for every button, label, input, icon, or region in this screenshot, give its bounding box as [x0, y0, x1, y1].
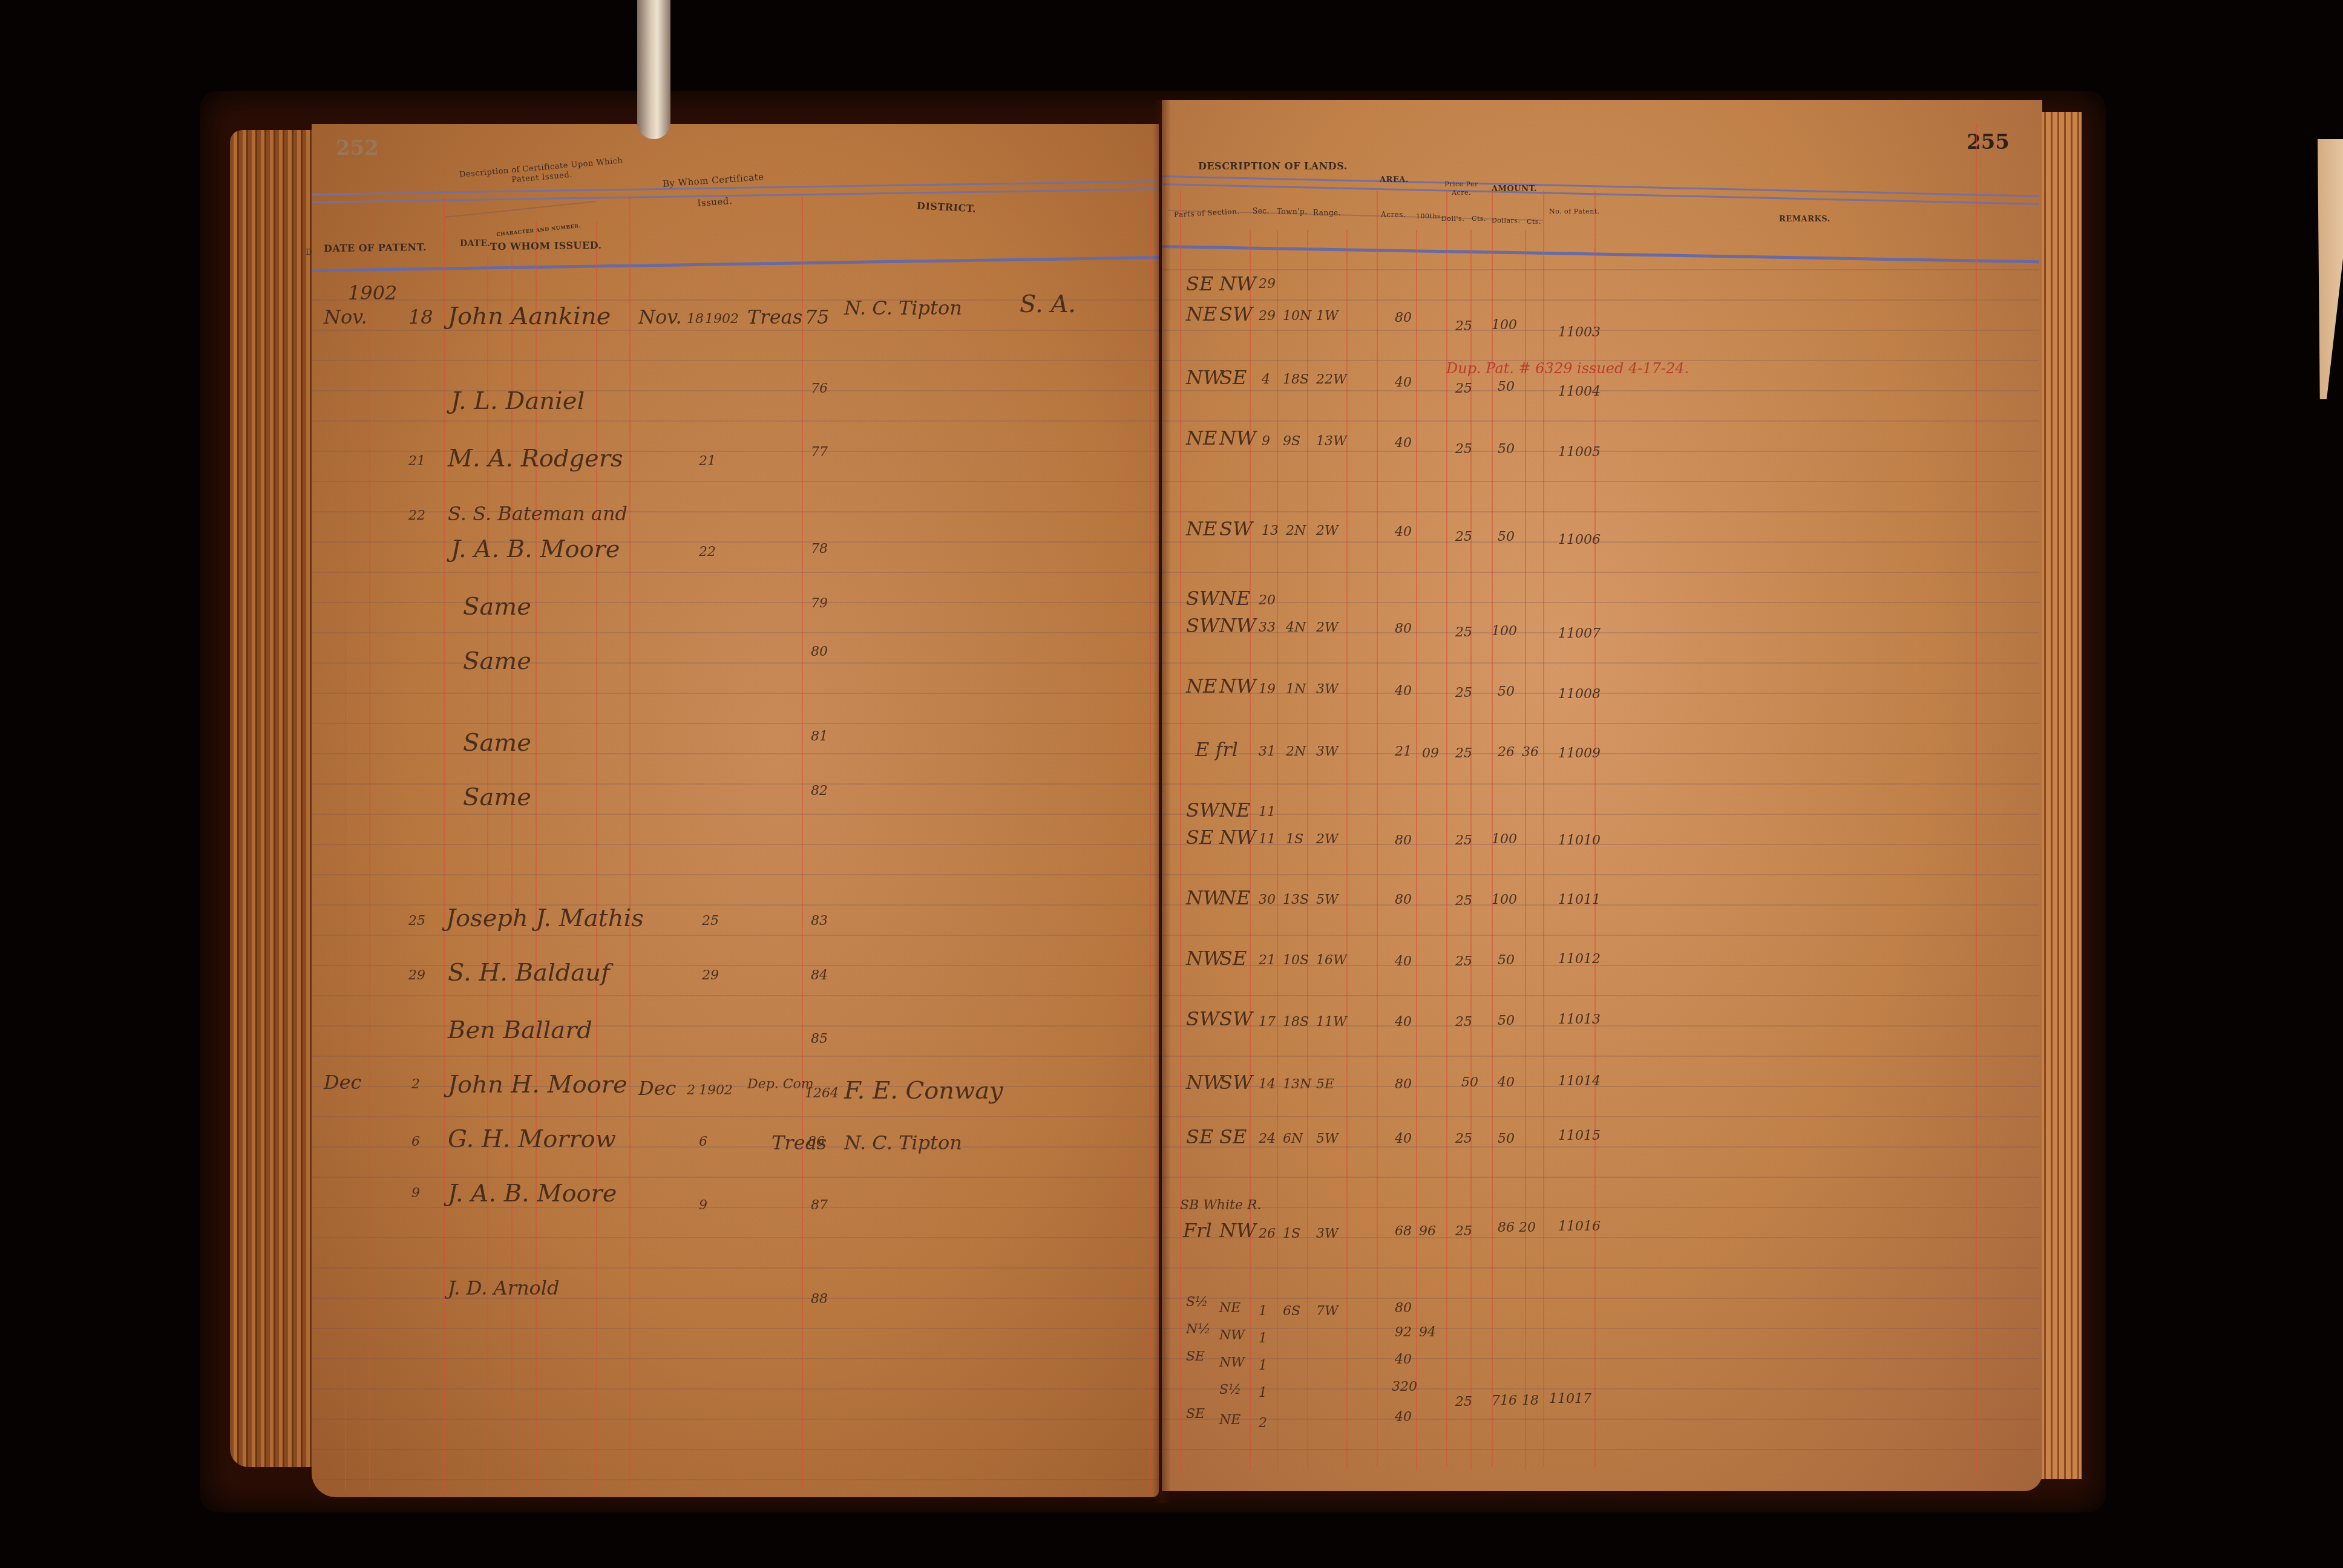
ruled-line: [1162, 360, 2039, 361]
ruled-line: [1162, 1298, 2039, 1299]
right-page: 255 DESCRIPTION OF LANDS. Parts of Secti…: [1162, 100, 2042, 1491]
ruled-line: [312, 1479, 1159, 1480]
entry-part: Frl: [1183, 1219, 1212, 1242]
entry-quarter: NW: [1219, 1355, 1245, 1370]
ruled-line: [1162, 662, 2039, 664]
entry-number: 77: [811, 445, 828, 460]
left-page-number: 252: [336, 136, 379, 160]
ruled-line: [312, 935, 1159, 936]
entry-part: SW: [1186, 614, 1219, 637]
entry-range: 5W: [1316, 1131, 1339, 1146]
entry-amount: 50: [1498, 684, 1515, 699]
entry-part-note: SB White R.: [1180, 1198, 1261, 1213]
entry-number: 84: [811, 968, 828, 983]
entry-acres: 40: [1395, 1014, 1412, 1030]
entry-amount: 100: [1492, 624, 1517, 639]
entry-patent-no: 11005: [1558, 445, 1601, 460]
entry-quarter: SW: [1219, 1071, 1253, 1094]
entry-sec: 1: [1259, 1358, 1267, 1373]
ruled-line: [312, 541, 1159, 543]
entry-number: 85: [811, 1031, 828, 1047]
ruled-line: [1162, 269, 2039, 270]
ruled-line: [1162, 874, 2039, 875]
col-rule: [1976, 124, 1977, 1473]
entry-patent-no: 11004: [1558, 384, 1601, 399]
entry-township: 1S: [1283, 1226, 1300, 1241]
header-description-of-lands: DESCRIPTION OF LANDS.: [1198, 160, 1348, 172]
ruled-line: [1162, 390, 2039, 391]
ruled-line: [312, 572, 1159, 573]
ruled-line: [312, 1358, 1159, 1359]
entry-amount: 716: [1492, 1393, 1517, 1408]
right-page-number: 255: [1967, 130, 2010, 154]
entry-red-remark: Dup. Pat. # 6329 issued 4-17-24.: [1446, 360, 1689, 377]
entry-acres: 40: [1395, 684, 1412, 699]
entry-township: 18S: [1283, 372, 1309, 387]
ruled-line: [312, 783, 1159, 785]
entry-day: 9: [411, 1186, 420, 1201]
ruled-line: [312, 1419, 1159, 1420]
entry-character: Treas: [747, 305, 802, 328]
header-price-dolls: Doll's.: [1441, 215, 1464, 223]
entry-sec: 4: [1262, 372, 1270, 387]
book-spine-gutter: [1153, 100, 1171, 1503]
ruled-line: [312, 1177, 1159, 1178]
entry-amount: 26: [1498, 745, 1515, 760]
entry-price: 50: [1461, 1075, 1478, 1090]
ruled-line: [312, 330, 1159, 331]
header-top-rule: [1162, 175, 2039, 205]
header-cert-date: DATE.: [460, 239, 491, 249]
ruled-line: [1162, 1116, 2039, 1117]
entry-township: 6N: [1283, 1131, 1303, 1146]
entry-part: SW: [1186, 587, 1219, 610]
entry-quarter: SE: [1219, 1125, 1247, 1148]
entry-sec: 14: [1259, 1077, 1276, 1092]
entry-quarter: NW: [1219, 1328, 1245, 1343]
entry-name: J. D. Arnold: [448, 1276, 560, 1299]
entry-part: SE: [1186, 826, 1213, 849]
ruled-line: [1162, 995, 2039, 996]
entry-sec: 20: [1259, 593, 1276, 608]
entry-acres: 80: [1395, 1301, 1412, 1316]
entry-patent-no: 11015: [1558, 1128, 1601, 1143]
ruled-line: [312, 481, 1159, 482]
ruled-line: [312, 1388, 1159, 1390]
entry-cert-day: 9: [699, 1198, 707, 1213]
entry-month: Nov.: [324, 305, 367, 328]
entry-day: 25: [408, 913, 425, 929]
entry-quarter: NW: [1219, 675, 1256, 697]
entry-sec: 9: [1262, 434, 1270, 449]
entry-patent-no: 11017: [1549, 1391, 1591, 1406]
ruled-line: [312, 662, 1159, 664]
entry-acres: 40: [1395, 1410, 1412, 1425]
entry-month: Dec: [324, 1071, 362, 1094]
entry-price: 25: [1455, 954, 1472, 969]
entry-quarter: NE: [1219, 886, 1250, 909]
ruled-line: [1162, 1328, 2039, 1329]
ruled-line: [312, 1025, 1159, 1027]
entry-part: SW: [1186, 1007, 1219, 1030]
entry-quarter: SW: [1219, 302, 1253, 325]
ruled-line: [312, 1449, 1159, 1450]
entry-number: 1264: [805, 1086, 839, 1101]
entry-acres: 40: [1395, 1352, 1412, 1367]
entry-quarter: NE: [1219, 799, 1250, 822]
col-rule: [1594, 191, 1596, 1467]
header-amount-dollars: Dollars.: [1492, 217, 1520, 224]
header-hundredths: 100ths.: [1416, 212, 1443, 220]
entry-quarter: SE: [1219, 366, 1247, 389]
header-bottom-rule: [1162, 245, 2039, 263]
col-rule: [1307, 230, 1308, 1470]
bookmark-top: [637, 0, 670, 139]
entry-price: 25: [1455, 893, 1472, 909]
entry-name: G. H. Morrow: [448, 1125, 616, 1153]
ruled-line: [312, 874, 1159, 875]
entry-acres: 92: [1395, 1325, 1412, 1340]
col-rule: [1346, 230, 1348, 1470]
entry-character: Dep. Com: [747, 1077, 814, 1092]
entry-part: N½: [1186, 1322, 1211, 1337]
entry-sec: 26: [1259, 1226, 1276, 1241]
entry-part: SE: [1186, 272, 1213, 295]
ruled-line: [1162, 541, 2039, 543]
entry-part: NE: [1186, 302, 1217, 325]
entry-acres: 40: [1395, 436, 1412, 451]
entry-range: 2W: [1316, 523, 1339, 538]
entry-sec: 29: [1259, 309, 1276, 324]
ruled-line: [312, 753, 1159, 754]
cert-subheader-rule: [445, 201, 596, 218]
entry-name: S. H. Baldauf: [448, 959, 610, 987]
entry-number: 83: [811, 913, 828, 929]
ruled-line: [312, 511, 1159, 512]
ruled-line: [1162, 1388, 2039, 1390]
entry-cert-year: 1902: [705, 312, 739, 327]
entry-acres: 80: [1395, 1077, 1412, 1092]
entry-patent-no: 11003: [1558, 325, 1601, 340]
ruled-line: [1162, 1449, 2039, 1450]
col-rule: [1180, 191, 1181, 1473]
header-remarks: REMARKS.: [1779, 215, 1830, 224]
entry-sec: 1: [1259, 1385, 1267, 1400]
entry-quarter: NE: [1219, 1301, 1240, 1316]
entry-township: 9S: [1283, 434, 1300, 449]
entry-price: 25: [1455, 1014, 1472, 1030]
entry-district: S. A.: [1020, 290, 1076, 318]
entry-price: 25: [1455, 1131, 1472, 1146]
entry-amount: 50: [1498, 1131, 1515, 1146]
ruled-line: [312, 420, 1159, 422]
entry-amount: 86: [1498, 1220, 1515, 1235]
header-sec: Sec.: [1253, 207, 1270, 215]
entry-part: E frl: [1195, 738, 1238, 761]
ruled-line: [1162, 904, 2039, 906]
entry-day: 2: [411, 1077, 420, 1092]
entry-price: 25: [1455, 319, 1472, 334]
entry-range: 1W: [1316, 309, 1339, 324]
entry-part: SW: [1186, 799, 1219, 822]
entry-name: John H. Moore: [448, 1071, 628, 1099]
header-district: DISTRICT.: [917, 200, 977, 214]
entry-name: J. A. B. Moore: [448, 1180, 617, 1207]
entry-name: M. A. Rodgers: [448, 445, 623, 472]
entry-cert-day: 25: [702, 913, 719, 929]
entry-quarter: NE: [1219, 1413, 1240, 1428]
entry-range: 22W: [1316, 372, 1347, 387]
header-certificate-description: Description of Certificate Upon Which Pa…: [450, 155, 633, 191]
ruled-line: [1162, 1025, 2039, 1027]
entry-range: 11W: [1316, 1014, 1347, 1030]
entry-amount-cts: 36: [1522, 745, 1539, 760]
entry-township: 10N: [1283, 309, 1311, 324]
entry-part: SE: [1186, 1349, 1205, 1364]
col-rule: [1543, 191, 1544, 1467]
entry-quarter: S½: [1219, 1382, 1241, 1397]
ruled-line: [312, 814, 1159, 815]
ruled-line: [312, 451, 1159, 452]
entry-number: 75: [805, 305, 830, 328]
ruled-line: [1162, 330, 2039, 331]
entry-sec: 1: [1259, 1304, 1267, 1319]
entry-part: NW: [1186, 366, 1223, 389]
entry-quarter: NW: [1219, 826, 1256, 849]
entry-cert-day: 21: [699, 454, 716, 469]
ruled-line: [1162, 844, 2039, 845]
entry-day: 21: [408, 454, 425, 469]
header-parts-of-section: Parts of Section.: [1174, 207, 1240, 219]
entry-part: S½: [1186, 1295, 1208, 1310]
entry-cert-year: 1902: [699, 1083, 733, 1098]
entry-by-whom: F. E. Conway: [844, 1077, 1003, 1105]
entry-name: John Aankine: [448, 302, 611, 330]
entry-amount: 50: [1498, 442, 1515, 457]
entry-name-continued: J. A. B. Moore: [451, 535, 620, 563]
entry-by-whom: N. C. Tipton: [844, 1131, 962, 1154]
header-price-per-acre: Price Per Acre.: [1434, 180, 1489, 197]
ruled-line: [1162, 1419, 2039, 1420]
left-page: 252 D DATE OF PATENT. TO WHOM ISSUED. De…: [312, 124, 1159, 1497]
entry-cert-day: 29: [702, 968, 719, 983]
col-rule: [1492, 191, 1493, 1467]
ruled-line: [1162, 693, 2039, 694]
entry-hundredths: 94: [1419, 1325, 1436, 1340]
entry-price: 25: [1455, 381, 1472, 396]
ruled-line: [312, 1298, 1159, 1299]
entry-patent-no: 11010: [1558, 833, 1601, 848]
ruled-line: [312, 723, 1159, 724]
col-rule: [1446, 191, 1447, 1467]
entry-year: 1902: [348, 281, 397, 304]
entry-acres: 80: [1395, 310, 1412, 325]
entry-name: Same: [463, 783, 531, 811]
entry-amount-cts: 18: [1522, 1393, 1539, 1408]
ruled-line: [1162, 753, 2039, 754]
entry-number: 82: [811, 783, 828, 799]
ruled-line: [1162, 572, 2039, 573]
entry-amount: 50: [1498, 379, 1515, 394]
entry-name: Same: [463, 647, 531, 675]
ruled-line: [312, 299, 1159, 301]
entry-quarter: SE: [1219, 947, 1247, 970]
entry-sec: 17: [1259, 1014, 1276, 1030]
ruled-line: [1162, 632, 2039, 633]
ruled-line: [1162, 965, 2039, 966]
col-rule: [1250, 230, 1251, 1470]
ruled-line: [1162, 935, 2039, 936]
entry-number: 76: [811, 381, 828, 396]
entry-price: 25: [1455, 1394, 1472, 1410]
entry-cert-day: 18: [687, 312, 704, 327]
entry-patent-no: 11016: [1558, 1219, 1601, 1234]
entry-cert-day: 22: [699, 544, 716, 560]
entry-sec: 11: [1259, 805, 1276, 820]
entry-part: NW: [1186, 886, 1223, 909]
entry-number: 81: [811, 729, 828, 744]
entry-quarter: NW: [1219, 426, 1256, 449]
entry-quarter: NW: [1219, 272, 1256, 295]
entry-name: Same: [463, 593, 531, 621]
col-rule: [1377, 191, 1378, 1467]
entry-range: 13W: [1316, 434, 1347, 449]
ruled-line: [312, 1116, 1159, 1117]
entry-township: 1N: [1286, 682, 1306, 697]
header-amount-cts: Cts.: [1527, 218, 1541, 226]
entry-part: SE: [1186, 1125, 1213, 1148]
header-acres: Acres.: [1381, 211, 1406, 219]
entry-acres: 40: [1395, 954, 1412, 969]
entry-number: 78: [811, 541, 828, 557]
entry-sec: 29: [1259, 276, 1276, 292]
header-by-whom: By Whom Certificate Issued.: [646, 165, 782, 217]
entry-part: NE: [1186, 426, 1217, 449]
entry-range: 3W: [1316, 1226, 1339, 1241]
ruled-line: [1162, 299, 2039, 301]
entry-range: 7W: [1316, 1304, 1339, 1319]
entry-price: 25: [1455, 833, 1472, 848]
header-bottom-rule: [312, 256, 1159, 272]
entry-number: 80: [811, 644, 828, 659]
page-stack-left: [230, 130, 315, 1467]
entry-quarter: SW: [1219, 1007, 1253, 1030]
entry-township: 18S: [1283, 1014, 1309, 1030]
col-rule: [596, 221, 597, 1491]
ruled-line: [1162, 511, 2039, 512]
ruled-line: [312, 1237, 1159, 1238]
entry-day: 18: [408, 305, 433, 328]
ruled-line: [1162, 602, 2039, 603]
ruled-line: [312, 390, 1159, 391]
entry-sec: 2: [1259, 1416, 1267, 1431]
entry-township: 6S: [1283, 1304, 1300, 1319]
entry-name: Joseph J. Mathis: [446, 904, 644, 932]
ruled-line: [312, 1056, 1159, 1057]
ruled-line: [1162, 1146, 2039, 1148]
entry-range: 5E: [1316, 1077, 1334, 1092]
col-rule: [1525, 230, 1526, 1470]
ruled-line: [1162, 814, 2039, 815]
ruled-line: [1162, 1267, 2039, 1269]
entry-amount-cts: 20: [1519, 1220, 1536, 1235]
entry-number: 87: [811, 1198, 828, 1213]
entry-patent-no: 11008: [1558, 687, 1601, 702]
entry-day: 22: [408, 508, 425, 523]
ruled-line: [312, 965, 1159, 966]
entry-quarter: NE: [1219, 587, 1250, 610]
entry-sec: 19: [1259, 682, 1276, 697]
ruled-line: [1162, 1056, 2039, 1057]
ruled-line: [312, 1207, 1159, 1208]
header-range: Range.: [1313, 209, 1341, 217]
header-amount: AMOUNT.: [1492, 185, 1537, 194]
ruled-line: [312, 602, 1159, 603]
ruled-line: [1162, 723, 2039, 724]
ruled-line: [312, 632, 1159, 633]
entry-township: 13N: [1283, 1077, 1311, 1092]
header-character-number: CHARACTER AND NUMBER.: [496, 223, 581, 238]
entry-range: 3W: [1316, 744, 1339, 759]
header-to-whom-issued: TO WHOM ISSUED.: [490, 240, 602, 253]
entry-part: NE: [1186, 675, 1217, 697]
entry-part: NE: [1186, 517, 1217, 540]
ruled-line: [1162, 451, 2039, 452]
entry-acres: 320: [1392, 1379, 1417, 1394]
entry-cert-day: 2: [687, 1083, 695, 1098]
header-no-of-patent: No. of Patent.: [1549, 207, 1600, 215]
col-rule: [1416, 230, 1417, 1470]
entry-township: 2N: [1286, 744, 1306, 759]
entry-quarter: NW: [1219, 614, 1256, 637]
ruled-line: [312, 1146, 1159, 1148]
ruled-line: [1162, 1237, 2039, 1238]
ruled-line: [1162, 1177, 2039, 1178]
entry-part: NW: [1186, 1071, 1223, 1094]
ruled-line: [312, 844, 1159, 845]
entry-township: 2N: [1286, 523, 1306, 538]
header-date-of-patent: DATE OF PATENT.: [324, 241, 427, 254]
ruled-line: [312, 693, 1159, 694]
col-rule: [1277, 230, 1278, 1470]
entry-sec: 24: [1259, 1131, 1276, 1146]
ruled-line: [1162, 1086, 2039, 1087]
entry-patent-no: 11006: [1558, 532, 1601, 547]
ruled-line: [312, 1086, 1159, 1087]
bookmark-right: [2299, 139, 2343, 399]
entry-price: 25: [1455, 442, 1472, 457]
entry-name: Ben Ballard: [448, 1016, 592, 1044]
entry-sec: 13: [1262, 523, 1279, 538]
entry-acres: 40: [1395, 524, 1412, 540]
entry-name: S. S. Bateman and: [448, 502, 628, 525]
ruled-line: [1162, 783, 2039, 785]
entry-patent-no: 11007: [1558, 626, 1601, 641]
entry-acres: 40: [1395, 375, 1412, 390]
entry-cert-month: Dec: [638, 1077, 677, 1100]
ruled-line: [312, 1267, 1159, 1269]
header-area: AREA.: [1380, 175, 1409, 185]
ruled-line: [312, 904, 1159, 906]
col-rule: [1470, 230, 1472, 1470]
page-stack-right: [2039, 112, 2082, 1479]
ruled-line: [312, 995, 1159, 996]
header-price-cts: Cts.: [1472, 215, 1486, 223]
ruled-line: [312, 1328, 1159, 1329]
entry-sec: 31: [1259, 744, 1276, 759]
entry-range: 3W: [1316, 682, 1339, 697]
entry-acres: 80: [1395, 833, 1412, 848]
